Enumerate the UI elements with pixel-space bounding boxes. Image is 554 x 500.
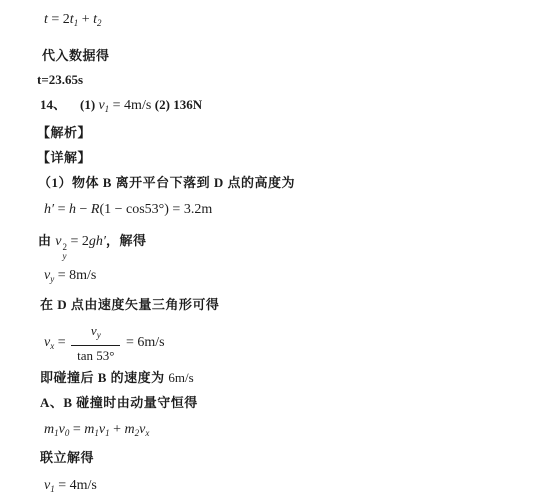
math-var: h′ — [44, 202, 54, 217]
math-op: = 6m/s — [122, 335, 164, 350]
math-fraction: vytan 53° — [71, 322, 120, 364]
value-text: t=23.65s — [37, 72, 83, 87]
math-op: = 2 — [67, 234, 89, 249]
label-substitute-data: 代入数据得 — [42, 46, 110, 66]
math-sub: 2 — [97, 18, 102, 28]
section-analysis: 【解析】 — [37, 123, 91, 143]
math-op: = 4m/s — [55, 478, 97, 493]
label-solve-together: 联立解得 — [40, 448, 94, 468]
math-op: = — [54, 202, 69, 217]
math-expr: (1 − cos53°) = 3.2m — [99, 202, 212, 217]
label-speed-after-collision: 即碰撞后 B 的速度为 6m/s — [40, 368, 194, 389]
label-suffix: ，解得 — [106, 233, 147, 248]
formula-height: h′ = h − R(1 − cos53°) = 3.2m — [44, 200, 212, 220]
math-var: gh′ — [89, 234, 106, 249]
math-sub: y — [62, 252, 66, 261]
heading-text: （1）物体 B 离开平台下落到 D 点的高度为 — [38, 175, 295, 190]
formula-time-total: t = 2t1 + t2 — [44, 10, 101, 33]
label-text: 在 D 点由速度矢量三角形可得 — [40, 297, 219, 312]
fraction-numerator: vy — [71, 322, 120, 346]
label-text: A、B 碰撞时由动量守恒得 — [40, 395, 198, 410]
math-op: = 8m/s — [54, 268, 96, 283]
section-text: 【详解】 — [37, 150, 91, 165]
formula-vx-fraction: vx = vytan 53° = 6m/s — [44, 321, 165, 365]
math-var: m — [44, 422, 54, 437]
label-velocity-triangle: 在 D 点由速度矢量三角形可得 — [40, 295, 219, 315]
step1-heading: （1）物体 B 离开平台下落到 D 点的高度为 — [38, 173, 295, 193]
math-op: = 4m/s — [109, 98, 155, 113]
part1-label: (1) — [80, 97, 98, 112]
label-prefix: 由 — [38, 233, 55, 248]
answer-line-q14: 14、(1) v1 = 4m/s (2) 136N — [40, 95, 202, 119]
math-sub: y — [97, 330, 101, 340]
fraction-denominator: tan 53° — [71, 346, 120, 364]
math-var: v — [55, 234, 61, 249]
math-op: + — [78, 12, 93, 27]
value-text: 6m/s — [168, 370, 193, 385]
math-op: = 2 — [48, 12, 70, 27]
part2-label: (2) 136N — [155, 97, 202, 112]
formula-vy-value: vy = 8m/s — [44, 266, 96, 289]
math-op: + — [110, 422, 125, 437]
math-op: = — [69, 422, 84, 437]
label-text: 联立解得 — [40, 450, 94, 465]
label-text: 即碰撞后 B 的速度为 — [40, 370, 168, 385]
formula-vy-squared: 由 v2y = 2gh′，解得 — [38, 231, 146, 262]
question-number: 14、 — [40, 97, 66, 112]
math-op: = — [54, 335, 69, 350]
section-text: 【解析】 — [37, 125, 91, 140]
value-time-result: t=23.65s — [37, 70, 83, 90]
formula-momentum: m1v0 = m1v1 + m2vx — [44, 420, 149, 443]
document-page: t = 2t1 + t2 代入数据得 t=23.65s 14、(1) v1 = … — [0, 0, 554, 500]
math-op: − — [76, 202, 91, 217]
label-momentum-conservation: A、B 碰撞时由动量守恒得 — [40, 393, 198, 413]
formula-v1-result: v1 = 4m/s — [44, 476, 97, 499]
label-text: 代入数据得 — [42, 48, 110, 63]
math-var: h — [69, 202, 76, 217]
math-var: m — [84, 422, 94, 437]
math-var: m — [125, 422, 135, 437]
section-detailed-explanation: 【详解】 — [37, 148, 91, 168]
math-sub: x — [145, 428, 149, 438]
